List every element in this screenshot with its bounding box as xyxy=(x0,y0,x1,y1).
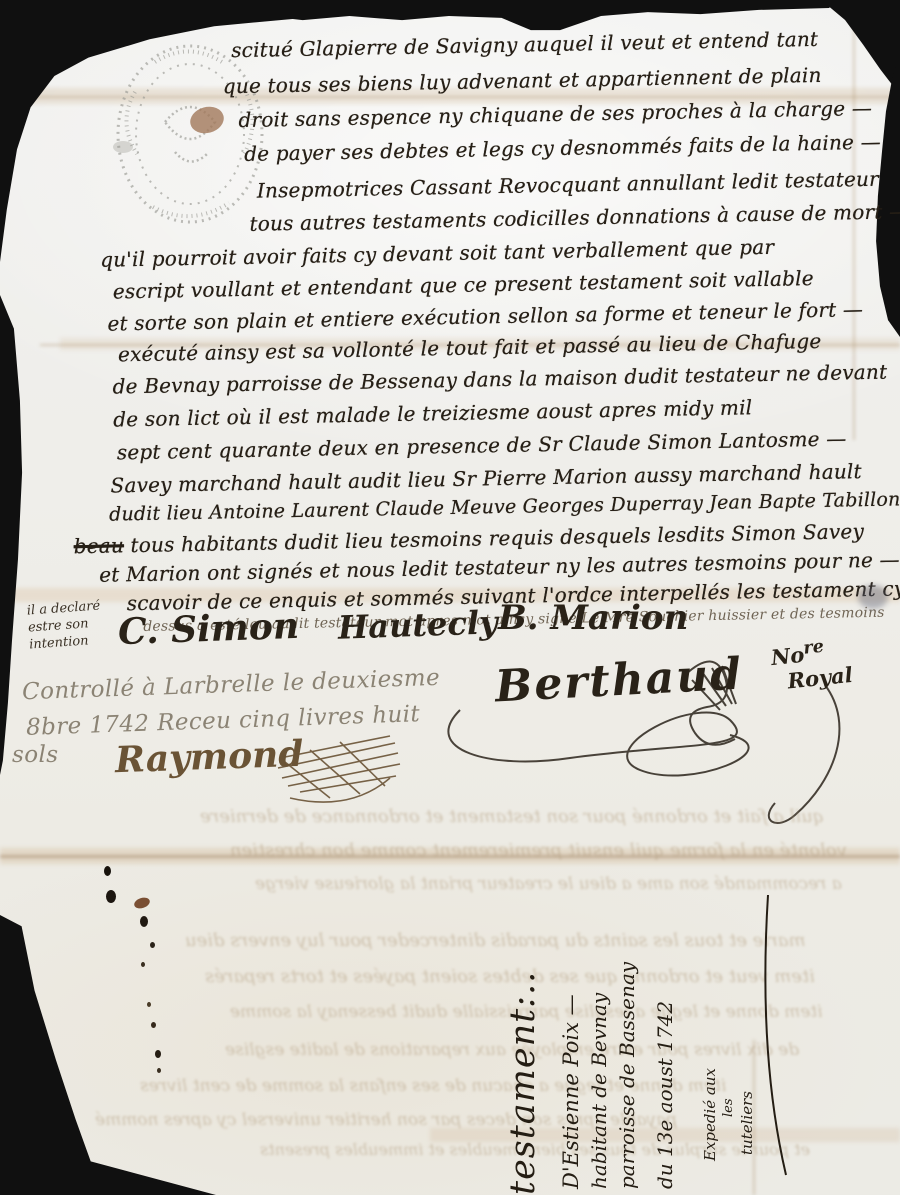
scanned-manuscript-page: scitué Glapierre de Savigny auquel il ve… xyxy=(0,0,900,1195)
manuscript-line: sept cent quarante deux en presence de S… xyxy=(117,426,847,464)
ink-spot xyxy=(141,962,145,967)
manuscript-line: qu'il pourroit avoir faits cy devant soi… xyxy=(100,235,774,272)
struck-word: beau xyxy=(73,533,124,558)
ink-spot xyxy=(157,1068,161,1073)
manuscript-line: scitué Glapierre de Savigny auquel il ve… xyxy=(231,27,818,62)
ink-spot xyxy=(140,916,148,927)
ink-smudge xyxy=(858,585,888,609)
raymond-flourish xyxy=(270,728,410,808)
docket-rotated-block: testament:.. D'Estienne Poix — habitant … xyxy=(503,863,835,1195)
ink-spot xyxy=(155,1050,161,1058)
manuscript-line: exécuté ainsy est sa vollonté le tout fa… xyxy=(118,329,822,367)
docket-note: les xyxy=(721,863,736,1117)
manuscript-line: de son lict où il est malade le treizies… xyxy=(113,395,752,431)
manuscript-body: scitué Glapierre de Savigny auquel il ve… xyxy=(0,0,900,709)
docket-line: parroisse de Bassenay xyxy=(615,863,639,1189)
ink-spot xyxy=(104,866,111,876)
docket-title: testament:.. xyxy=(503,863,543,1195)
docket-line: du 13e aoust 1742 xyxy=(653,863,677,1189)
manuscript-line: de payer ses debtes et legs cy desnommés… xyxy=(244,130,881,166)
bleedthrough-line: quil a fait et ordonné pour son testamen… xyxy=(200,806,824,827)
ink-spot xyxy=(106,890,116,903)
manuscript-line: Insepmotrices Cassant Revocquant annulla… xyxy=(257,167,879,203)
signature-flourish xyxy=(430,630,870,830)
manuscript-line: que tous ses biens luy advenant et appar… xyxy=(223,63,822,98)
docket-line: D'Estienne Poix — xyxy=(559,863,583,1189)
docket-flourish xyxy=(756,885,796,1185)
docket-note: Expedié aux xyxy=(701,863,719,1161)
manuscript-line: escript voullant et entendant que ce pre… xyxy=(113,266,814,303)
ink-spot xyxy=(150,942,155,948)
margin-note: il a declaré estre son intention xyxy=(26,598,103,654)
ink-spot xyxy=(151,1022,156,1028)
docket-endorsement: testament:.. D'Estienne Poix — habitant … xyxy=(503,863,835,1195)
controle-line: sols xyxy=(12,742,58,768)
ink-spot xyxy=(147,1002,151,1007)
manuscript-line: tous autres testaments codicilles donnat… xyxy=(249,199,900,236)
manuscript-line: droit sans espence ny chiquane de ses pr… xyxy=(238,96,872,132)
manuscript-line: de Bevnay parroisse de Bessenay dans la … xyxy=(112,360,887,399)
bleedthrough-line: volonté en la forme quil ensuit premiere… xyxy=(230,840,847,861)
docket-line: habitant de Bevnay xyxy=(587,863,611,1189)
signature-simon: C. Simon xyxy=(117,605,299,653)
docket-note: tuteliers xyxy=(738,863,756,1155)
